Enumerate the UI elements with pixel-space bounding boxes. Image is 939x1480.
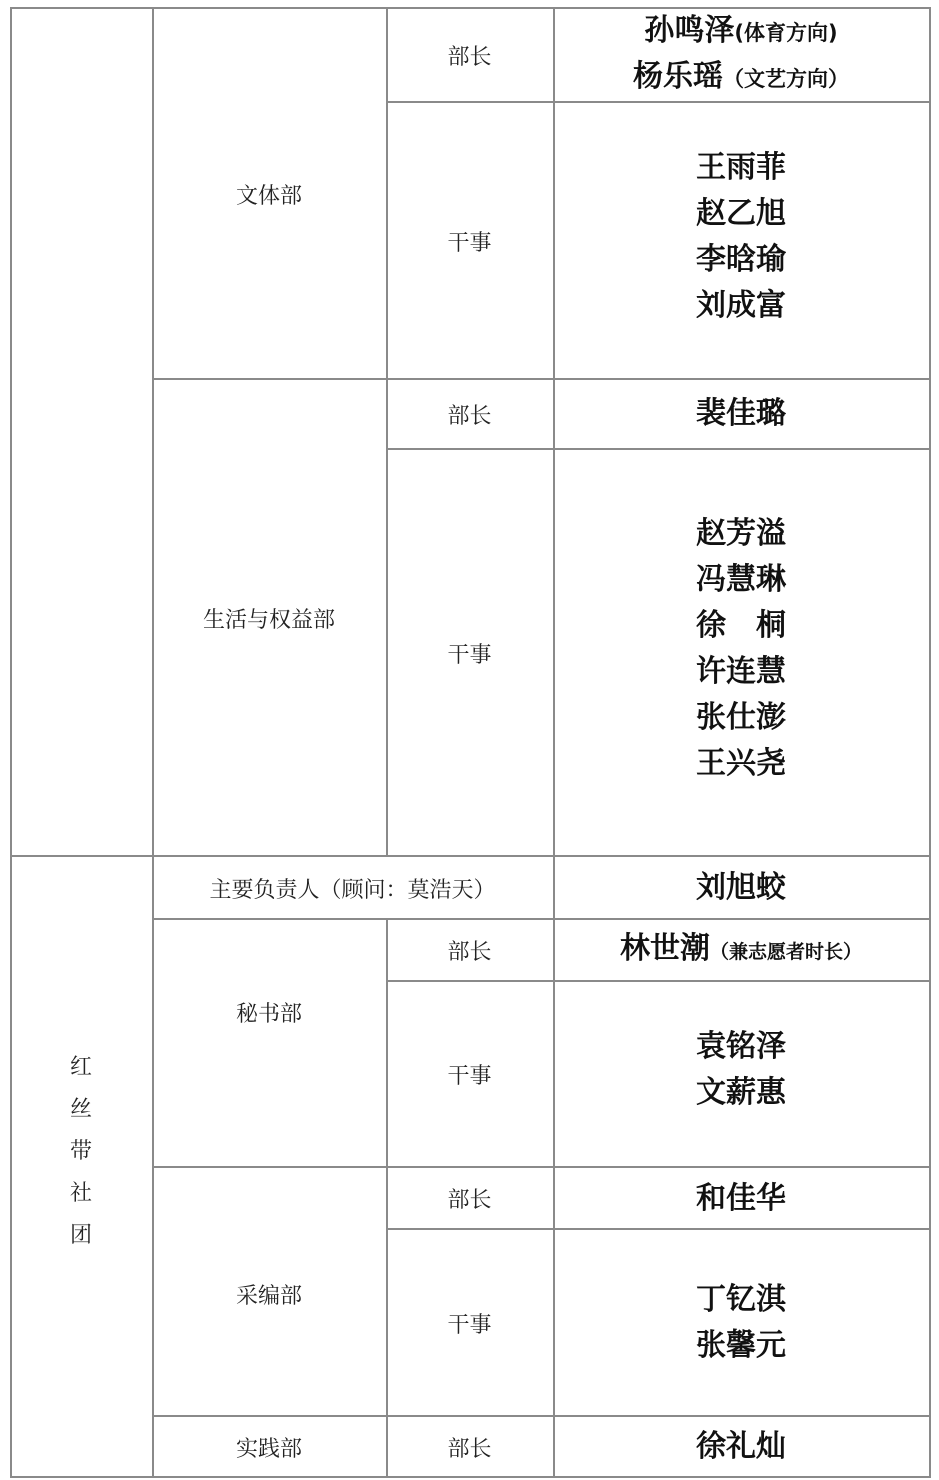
heads-wenti: 孙鸣泽(体育方向) 杨乐瑶（文艺方向） [553,9,929,101]
heads-shijian: 徐礼灿 [553,1417,929,1477]
leader-name: 刘旭蛟 [553,857,929,919]
staff-name: 王兴尧 [696,741,786,787]
staff-name: 赵乙旭 [696,191,786,237]
staff-wenti: 王雨菲 赵乙旭 李晗瑜 刘成富 [553,103,929,379]
dept-name: 采编部 [236,1279,302,1310]
staff-name: 徐 桐 [696,603,786,649]
head-entry: 徐礼灿 [696,1424,786,1470]
role-staff: 干事 [386,982,553,1167]
staff-name: 冯慧琳 [696,557,786,603]
role-staff: 干事 [386,1230,553,1416]
dept-name-shijian: 实践部 [152,1417,386,1477]
head-entry: 和佳华 [696,1176,786,1222]
role-head: 部长 [386,9,553,101]
staff-caibian: 丁钇淇 张馨元 [553,1230,929,1416]
staff-name: 袁铭泽 [696,1024,786,1070]
dept-name-mishu: 秘书部 [152,920,386,1167]
staff-name: 许连慧 [696,649,786,695]
heads-shenghuo: 裴佳璐 [553,380,929,448]
role-staff: 干事 [386,450,553,856]
head-entry: 孙鸣泽(体育方向) [644,9,837,55]
staff-mishu: 袁铭泽 文薪惠 [553,982,929,1167]
staff-name: 赵芳溢 [696,511,786,557]
dept-name-caibian: 采编部 [152,1168,386,1416]
staff-name: 丁钇淇 [696,1277,786,1323]
dept-name: 秘书部 [236,997,302,1028]
heads-mishu: 林世潮（兼志愿者时长） [553,920,929,981]
border-right [929,7,931,1478]
heads-caibian: 和佳华 [553,1168,929,1229]
dept-name-shenghuo: 生活与权益部 [152,380,386,856]
staff-name: 张仕澎 [696,695,786,741]
leader-label: 主要负责人（顾问：莫浩天） [152,857,553,919]
head-entry: 林世潮（兼志愿者时长） [620,926,862,975]
role-head: 部长 [386,1168,553,1229]
staff-name: 刘成富 [696,283,786,329]
head-entry: 裴佳璐 [696,391,786,437]
role-staff: 干事 [386,103,553,379]
dept-name-wenti: 文体部 [152,9,386,379]
role-head: 部长 [386,380,553,448]
role-head: 部长 [386,920,553,981]
group-name-hongsidai: 红 丝 带 社 团 [10,857,152,1477]
staff-shenghuo: 赵芳溢 冯慧琳 徐 桐 许连慧 张仕澎 王兴尧 [553,450,929,856]
dept-name: 生活与权益部 [203,603,335,634]
head-entry: 杨乐瑶（文艺方向） [633,55,849,101]
staff-name: 王雨菲 [696,145,786,191]
role-head: 部长 [386,1417,553,1477]
staff-name: 文薪惠 [696,1070,786,1116]
dept-name: 文体部 [236,179,302,210]
dept-name: 实践部 [236,1432,302,1463]
staff-name: 李晗瑜 [696,237,786,283]
staff-name: 张馨元 [696,1323,786,1369]
